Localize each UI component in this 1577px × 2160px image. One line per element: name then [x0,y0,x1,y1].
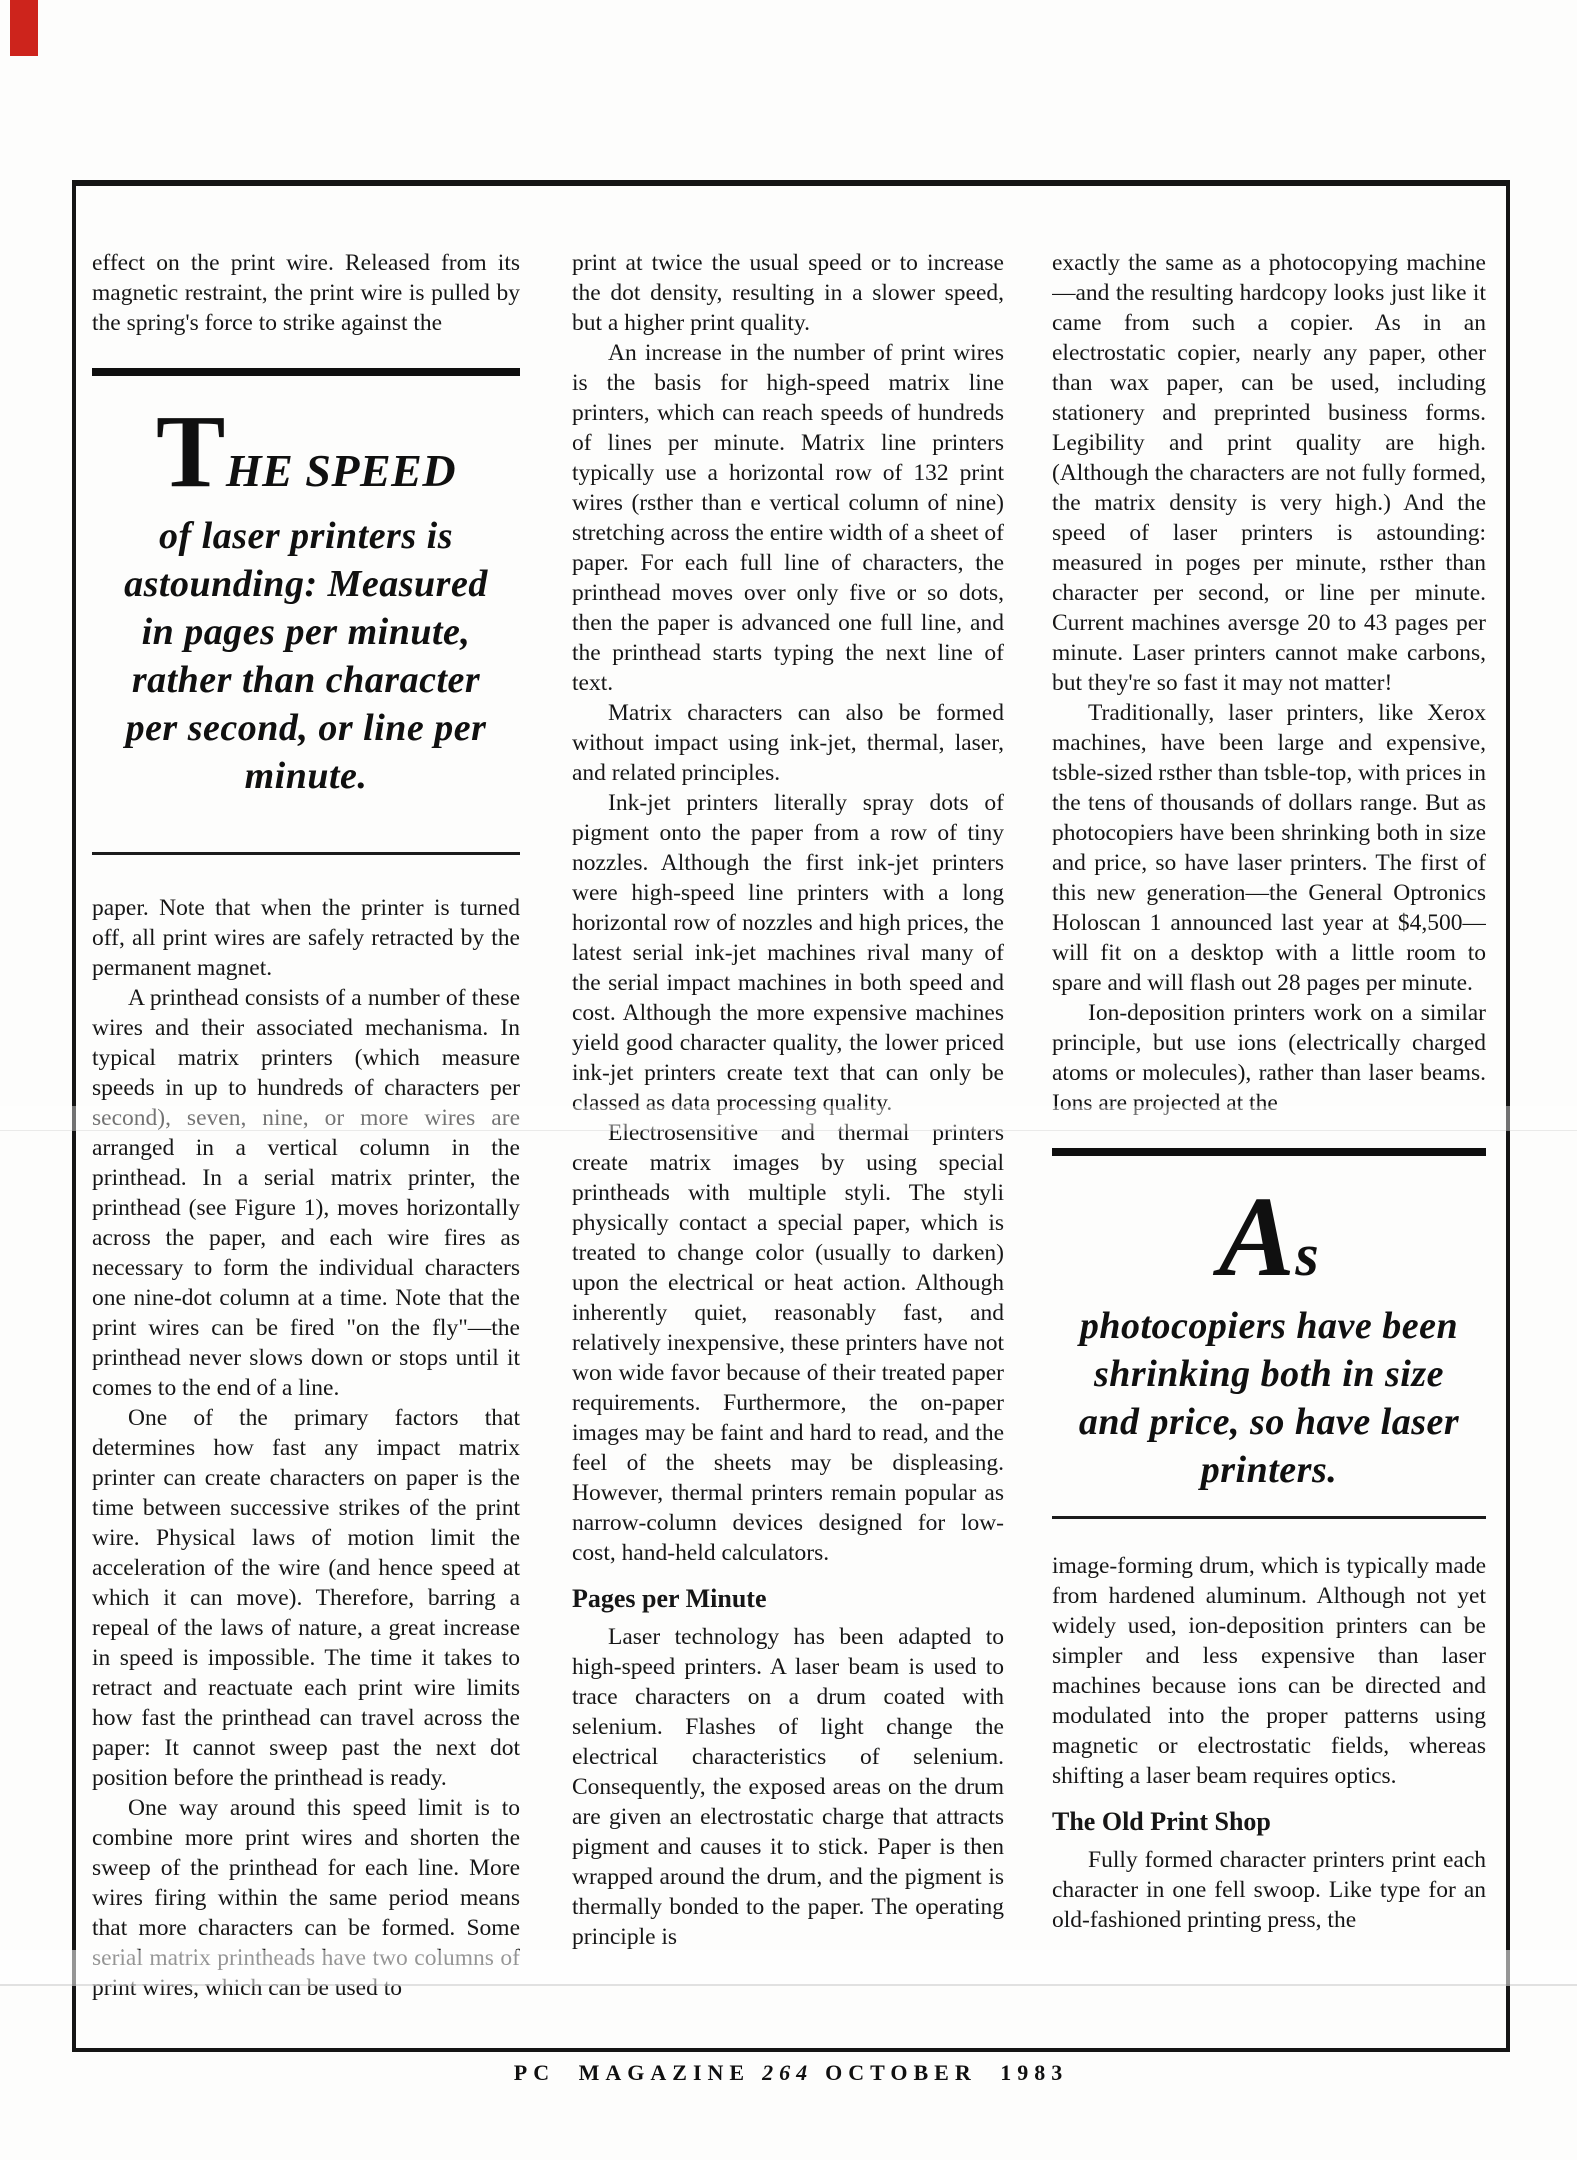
article-border-box: effect on the print wire. Released from … [72,180,1510,2052]
pull-quote-line: of laser printers is [92,512,520,560]
text-column-3: exactly the same as a photocopying machi… [1052,242,1486,2042]
footer-magazine-name: PC MAGAZINE [514,2060,750,2085]
body-paragraph: One way around this speed limit is to co… [92,1793,520,2003]
pull-quote-rule-top [1052,1148,1486,1156]
body-paragraph: exactly the same as a photocopying machi… [1052,248,1486,698]
body-paragraph: Ion-deposition printers work on a simila… [1052,998,1486,1118]
footer-issue-date: OCTOBER 1983 [825,2060,1068,2085]
body-paragraph: image-forming drum, which is typically m… [1052,1551,1486,1791]
body-paragraph: Ink-jet printers literally spray dots of… [572,788,1004,1118]
pull-quote-dropcap: A [1219,1173,1296,1300]
section-heading: Pages per Minute [572,1584,1004,1614]
pull-quote-lead-text: HE SPEED [226,445,456,496]
footer-page-number: 264 [762,2060,813,2085]
magazine-page-scan: effect on the print wire. Released from … [0,0,1577,2160]
pull-quote-lead-text: s [1295,1222,1319,1288]
body-paragraph: One of the primary factors that determin… [92,1403,520,1793]
pull-quote: Asphotocopiers have beenshrinking both i… [1052,1180,1486,1494]
text-column-2: print at twice the usual speed or to inc… [572,242,1004,2042]
body-paragraph: Matrix characters can also be formed wit… [572,698,1004,788]
red-corner-scan-mark [10,0,38,56]
body-paragraph: Traditionally, laser printers, like Xero… [1052,698,1486,998]
body-paragraph: Electrosensitive and thermal printers cr… [572,1118,1004,1568]
pull-quote-first-line: As [1052,1180,1486,1294]
pull-quote-line: and price, so have laser [1052,1398,1486,1446]
body-paragraph: effect on the print wire. Released from … [92,248,520,338]
body-paragraph: A printhead consists of a number of thes… [92,983,520,1403]
pull-quote-rule-bottom [92,852,520,855]
page-footer: PC MAGAZINE264OCTOBER 1983 [72,2060,1510,2086]
body-paragraph: paper. Note that when the printer is tur… [92,893,520,983]
pull-quote-line: shrinking both in size [1052,1350,1486,1398]
body-paragraph: Fully formed character printers print ea… [1052,1845,1486,1935]
pull-quote-line: rather than character [92,656,520,704]
pull-quote-line: minute. [92,752,520,800]
pull-quote-rule-top [92,368,520,376]
pull-quote-dropcap: T [156,394,226,509]
section-heading: The Old Print Shop [1052,1807,1486,1837]
pull-quote-rule-bottom [1052,1516,1486,1519]
body-paragraph: Laser technology has been adapted to hig… [572,1622,1004,1952]
pull-quote-line: printers. [1052,1446,1486,1494]
pull-quote-first-line: THE SPEED [92,400,520,504]
pull-quote-line: per second, or line per [92,704,520,752]
body-paragraph: An increase in the number of print wires… [572,338,1004,698]
pull-quote-line: in pages per minute, [92,608,520,656]
body-paragraph: print at twice the usual speed or to inc… [572,248,1004,338]
pull-quote-line: astounding: Measured [92,560,520,608]
pull-quote-line: photocopiers have been [1052,1302,1486,1350]
text-column-1: effect on the print wire. Released from … [92,242,520,2042]
pull-quote: THE SPEEDof laser printers isastounding:… [92,400,520,800]
